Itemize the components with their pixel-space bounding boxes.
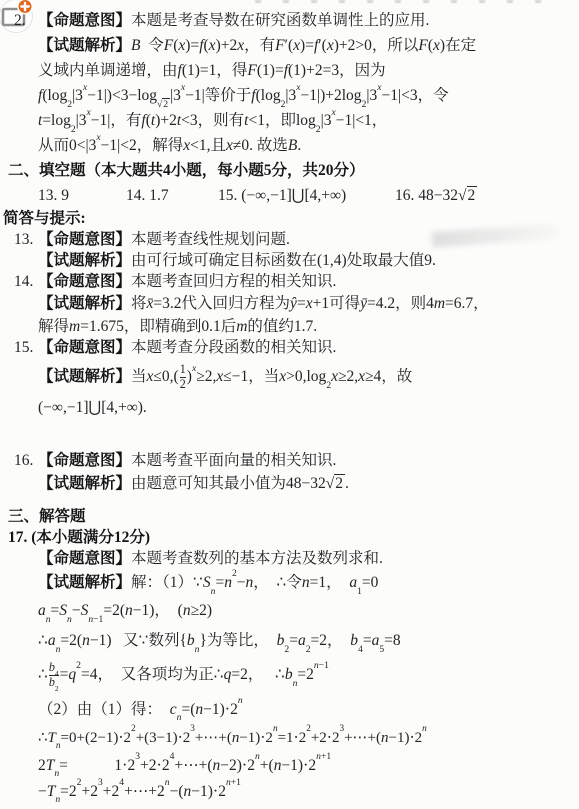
line-text: t=log2|3x−1|，有f(t)+2t<3，则有t<1，即log2|3x−1… xyxy=(38,112,387,129)
text-line: 解得m=1.675，即精确到0.1后m的值约1.7. xyxy=(0,316,575,337)
line-text: 解得m=1.675，即精确到0.1后m的值约1.7. xyxy=(38,318,317,335)
line-text: (−∞,−1]⋃[4,+∞). xyxy=(38,399,147,416)
line-text: （2）由（1）得： cn=(n−1)⋅2n xyxy=(38,701,243,718)
line-text: 【试题解析】由可行域可确定目标函数在(1,4)处取最大值9. xyxy=(38,252,436,269)
line-text: −Tn=22+23+24+⋯+2n−(n−1)⋅2n+1 xyxy=(38,783,241,800)
line-text: an=Sn−Sn−1=2(n−1)， (n≥2) xyxy=(38,602,212,619)
question-number: 13. xyxy=(14,229,33,250)
line-text: 义域内单调递增，由f(1)=1，得F(1)=f(1)+2=3，因为 xyxy=(38,62,386,79)
line-text: 【试题解析】当x≤0,(12)x≥2,x≤−1，当x>0,log2x≥2,x≥4… xyxy=(38,368,412,385)
text-line: 【命题意图】本题考查数列的基本方法及数列求和. xyxy=(0,548,575,569)
line-text: 【命题意图】本题考查分段函数的相关知识. xyxy=(38,339,336,356)
text-line: 13.【命题意图】本题考查线性规划问题. xyxy=(0,229,575,250)
line-text: 【命题意图】本题是考查导数在研究函数单调性上的应用. xyxy=(38,12,429,29)
section-heading: 17. (本小题满分12分) xyxy=(0,527,575,548)
hint-heading: 简答与提示: xyxy=(0,208,575,229)
exam-solution-document: 2.【命题意图】本题是考查导数在研究函数单调性上的应用.【试题解析】B 令F(x… xyxy=(0,0,579,804)
line-text: 【命题意图】本题考查回归方程的相关知识. xyxy=(38,273,336,290)
question-number: 2. xyxy=(14,8,26,33)
line-text: ∴Tn=0+(2−1)⋅22+(3−1)⋅23+⋯+(n−1)⋅2n=1⋅22+… xyxy=(38,730,427,746)
line-text: 【试题解析】B 令F(x)=f(x)+2x，有F′(x)=f′(x)+2>0，所… xyxy=(38,37,476,54)
text-line: 【试题解析】由题意可知其最小值为48−32√2. xyxy=(0,472,575,495)
text-line: 【试题解析】将x̄=3.2代入回归方程为ŷ=x+1可得ȳ=4.2，则4m=6… xyxy=(0,292,575,316)
text-line: 义域内单调递增，由f(1)=1，得F(1)=f(1)+2=3，因为 xyxy=(0,58,575,83)
line-text: 【命题意图】本题考查数列的基本方法及数列求和. xyxy=(38,550,383,567)
answer-item: 16. 48−32√2 xyxy=(395,183,477,208)
line-text: 【试题解析】由题意可知其最小值为48−32√2. xyxy=(38,474,349,492)
text-line: ∴Tn=0+(2−1)⋅22+(3−1)⋅23+⋯+(n−1)⋅2n=1⋅22+… xyxy=(0,724,575,752)
line-text: ∴an=2(n−1) 又∵数列{bn}为等比， b2=a2=2， b4=a5=8 xyxy=(38,632,401,649)
text-line: 【试题解析】解：（1）∵Sn=n2−n， ∴令n=1， a1=0 xyxy=(0,569,575,596)
line-text: 17. (本小题满分12分) xyxy=(8,529,150,546)
line-text: 【命题意图】本题考查线性规划问题. xyxy=(38,231,290,248)
text-line: ∴b4b2=q2=4， 又各项均为正∴q=2， ∴bn=2n−1 xyxy=(0,656,575,695)
text-line: 2.【命题意图】本题是考查导数在研究函数单调性上的应用. xyxy=(0,8,575,33)
line-text: 【命题意图】本题考查平面向量的相关知识. xyxy=(38,452,336,469)
line-text: f(log2|3x−1|)<3−log√2|3x−1|等价于f(log2|3x−… xyxy=(38,87,449,104)
text-line: t=log2|3x−1|，有f(t)+2t<3，则有t<1，即log2|3x−1… xyxy=(0,108,575,133)
line-text: 三、解答题 xyxy=(8,508,86,525)
text-line: 【试题解析】B 令F(x)=f(x)+2x，有F′(x)=f′(x)+2>0，所… xyxy=(0,33,575,58)
text-line: −Tn=22+23+24+⋯+2n−(n−1)⋅2n+1 xyxy=(0,779,575,804)
text-line: (−∞,−1]⋃[4,+∞). xyxy=(0,395,575,421)
line-text: 【试题解析】将x̄=3.2代入回归方程为ŷ=x+1可得ȳ=4.2，则4m=6… xyxy=(38,295,489,312)
line-text: 从而0<|3x−1|<2，解得x<1,且x≠0. 故选B. xyxy=(38,137,301,154)
line-text: 【试题解析】解：（1）∵Sn=n2−n， ∴令n=1， a1=0 xyxy=(38,574,378,591)
text-line: ∴an=2(n−1) 又∵数列{bn}为等比， b2=a2=2， b4=a5=8 xyxy=(0,626,575,656)
text-line: 【试题解析】当x≤0,(12)x≥2,x≤−1，当x>0,log2x≥2,x≥4… xyxy=(0,358,575,395)
text-line: 2Tn= 1⋅23+2⋅24+⋯+(n−2)⋅2n+(n−1)⋅2n+1 xyxy=(0,752,575,779)
question-number: 14. xyxy=(14,271,33,292)
text-line: （2）由（1）得： cn=(n−1)⋅2n xyxy=(0,695,575,724)
line-text: 简答与提示: xyxy=(3,210,86,227)
text-line: f(log2|3x−1|)<3−log√2|3x−1|等价于f(log2|3x−… xyxy=(0,83,575,108)
text-line: 16.【命题意图】本题考查平面向量的相关知识. xyxy=(0,449,575,472)
text-line: 【试题解析】由可行域可确定目标函数在(1,4)处取最大值9. xyxy=(0,250,575,271)
document-page: { "page": { "background_color": "#fcfcfb… xyxy=(0,0,579,809)
text-line: 14.【命题意图】本题考查回归方程的相关知识. xyxy=(0,271,575,292)
text-line: 15.【命题意图】本题考查分段函数的相关知识. xyxy=(0,337,575,358)
answer-item: 14. 1.7 xyxy=(126,183,218,208)
section-heading: 二、填空题（本大题共4小题，每小题5分，共20分） xyxy=(0,158,575,183)
question-number: 15. xyxy=(14,337,33,358)
question-number: 16. xyxy=(14,449,33,472)
answer-item: 15. (−∞,−1]⋃[4,+∞) xyxy=(218,183,395,208)
line-text: ∴b4b2=q2=4， 又各项均为正∴q=2， ∴bn=2n−1 xyxy=(38,666,329,683)
text-line: 从而0<|3x−1|<2，解得x<1,且x≠0. 故选B. xyxy=(0,133,575,158)
section-heading: 三、解答题 xyxy=(0,506,575,527)
answers-row: 13. 914. 1.715. (−∞,−1]⋃[4,+∞)16. 48−32√… xyxy=(0,183,575,208)
line-text: 二、填空题（本大题共4小题，每小题5分，共20分） xyxy=(8,162,365,179)
answer-item: 13. 9 xyxy=(38,183,126,208)
text-line: an=Sn−Sn−1=2(n−1)， (n≥2) xyxy=(0,596,575,626)
line-text: 2Tn= 1⋅23+2⋅24+⋯+(n−2)⋅2n+(n−1)⋅2n+1 xyxy=(38,757,331,774)
